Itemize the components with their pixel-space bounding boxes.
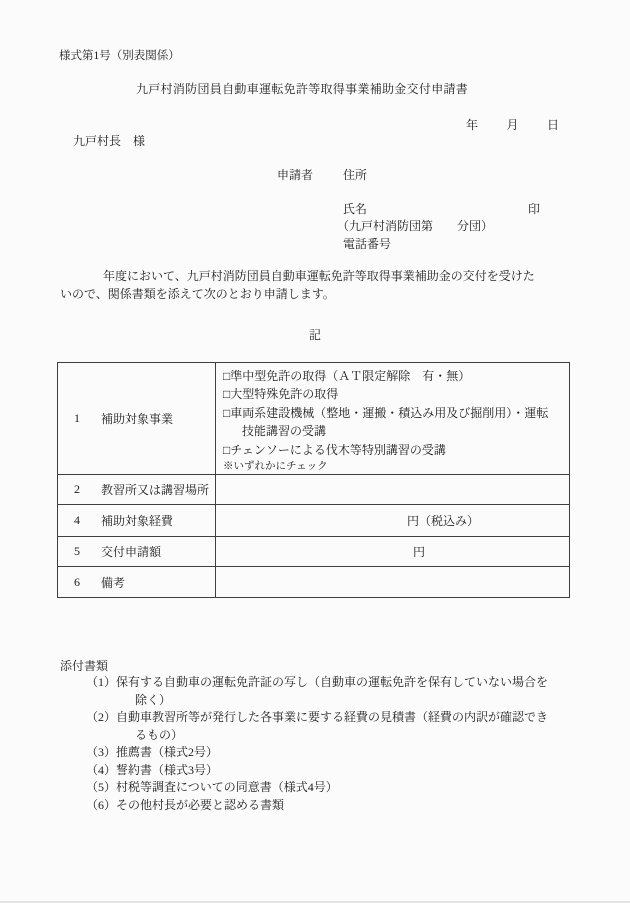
attachments-list: （1）保有する自動車の運転免許証の写し（自動車の運転免許を保有していない場合を … xyxy=(86,674,548,814)
row-label-cell: 4 補助対象経費 xyxy=(58,505,216,536)
table-row-subsidy-target-project: 1 補助対象事業 □準中型免許の取得（ＡＴ限定解除 有・無） □大型特殊免許の取… xyxy=(58,363,569,475)
project-options-cell: □準中型免許の取得（ＡＴ限定解除 有・無） □大型特殊免許の取得 □車両系建設機… xyxy=(216,363,569,474)
check-instruction-note: ※いずれかにチェック xyxy=(223,459,563,475)
row-label-cell: 1 補助対象事業 xyxy=(58,363,216,474)
row-label: 補助対象経費 xyxy=(101,512,173,529)
date-month-label: 月 xyxy=(506,116,518,133)
option-line: □車両系建設機械（整地・運搬・積込み用及び掘削用）・運転 xyxy=(223,404,563,422)
row-label: 交付申請額 xyxy=(101,543,161,560)
body-line-1: 年度において、九戸村消防団員自動車運転免許等取得事業補助金の交付を受けた xyxy=(60,268,575,286)
option-label: 車両系建設機械（整地・運搬・積込み用及び掘削用）・運転 xyxy=(230,406,548,420)
row-label-cell: 5 交付申請額 xyxy=(58,537,216,566)
form-style-number: 様式第1号（別表関係） xyxy=(59,47,180,63)
applicant-name-label: 氏名 xyxy=(343,200,367,217)
option-line: □大型特殊免許の取得 xyxy=(223,385,563,403)
row-label-cell: 6 備考 xyxy=(58,567,216,597)
option-label: 大型特殊免許の取得 xyxy=(230,387,338,401)
attachment-item: （4）誓約書（様式3号） xyxy=(86,762,548,780)
row-number: 1 xyxy=(74,411,101,426)
row-label: 備考 xyxy=(101,574,125,591)
application-body-paragraph: 年度において、九戸村消防団員自動車運転免許等取得事業補助金の交付を受けた いので… xyxy=(60,268,575,303)
row-number: 2 xyxy=(74,482,101,497)
table-row-training-location: 2 教習所又は講習場所 xyxy=(58,475,569,505)
attachment-item: （2）自動車教習所等が発行した各事業に要する経費の見積書（経費の内訳が確認でき xyxy=(86,709,548,727)
record-mark: 記 xyxy=(0,326,630,343)
training-location-value-cell xyxy=(216,475,569,504)
attachment-item-continuation: るもの） xyxy=(86,727,548,745)
table-row-remarks: 6 備考 xyxy=(58,567,569,597)
table-row-subsidy-target-expense: 4 補助対象経費 円（税込み） xyxy=(58,505,569,537)
option-label: チェンソーによる伐木等特別講習の受講 xyxy=(230,443,446,457)
applicant-label: 申請者 xyxy=(277,166,313,183)
attachment-item-continuation: 除く） xyxy=(86,692,548,710)
applicant-address-label: 住所 xyxy=(343,166,367,183)
row-number: 5 xyxy=(74,544,101,559)
page-title: 九戸村消防団員自動車運転免許等取得事業補助金交付申請書 xyxy=(136,80,468,97)
option-line: □チェンソーによる伐木等特別講習の受講 xyxy=(223,441,563,459)
row-number: 6 xyxy=(74,575,101,590)
applicant-phone-label: 電話番号 xyxy=(343,235,391,252)
option-line: □準中型免許の取得（ＡＴ限定解除 有・無） xyxy=(223,367,563,385)
row-label: 補助対象事業 xyxy=(101,410,173,427)
expense-yen-unit-cell: 円（税込み） xyxy=(216,505,569,536)
attachments-heading: 添付書類 xyxy=(60,657,108,674)
subsidy-application-table: 1 補助対象事業 □準中型免許の取得（ＡＴ限定解除 有・無） □大型特殊免許の取… xyxy=(57,362,570,598)
row-label: 教習所又は講習場所 xyxy=(101,481,209,498)
attachment-item: （5）村税等調査についての同意書（様式4号） xyxy=(86,779,548,797)
amount-yen-unit-cell: 円 xyxy=(216,537,569,566)
row-label-cell: 2 教習所又は講習場所 xyxy=(58,475,216,504)
table-row-grant-application-amount: 5 交付申請額 円 xyxy=(58,537,569,567)
row-number: 4 xyxy=(74,513,101,528)
body-line-2: いので、関係書類を添えて次のとおり申請します。 xyxy=(60,286,575,304)
attachment-item: （3）推薦書（様式2号） xyxy=(86,744,548,762)
date-day-label: 日 xyxy=(547,116,559,133)
date-line: 年 月 日 xyxy=(466,116,559,133)
attachment-item: （1）保有する自動車の運転免許証の写し（自動車の運転免許を保有していない場合を xyxy=(86,674,548,692)
applicant-brigade-line: （九戸村消防団第 分団） xyxy=(337,217,493,234)
addressee-village-mayor: 九戸村長 様 xyxy=(73,132,145,149)
application-form-page: 様式第1号（別表関係） 九戸村消防団員自動車運転免許等取得事業補助金交付申請書 … xyxy=(0,0,630,903)
seal-mark: 印 xyxy=(528,200,540,217)
option-label: 準中型免許の取得（ＡＴ限定解除 有・無） xyxy=(230,369,470,383)
attachment-item: （6）その他村長が必要と認める書類 xyxy=(86,797,548,815)
remarks-value-cell xyxy=(216,567,569,597)
option-label-continuation: 技能講習の受講 xyxy=(223,422,563,440)
date-year-label: 年 xyxy=(466,116,478,133)
